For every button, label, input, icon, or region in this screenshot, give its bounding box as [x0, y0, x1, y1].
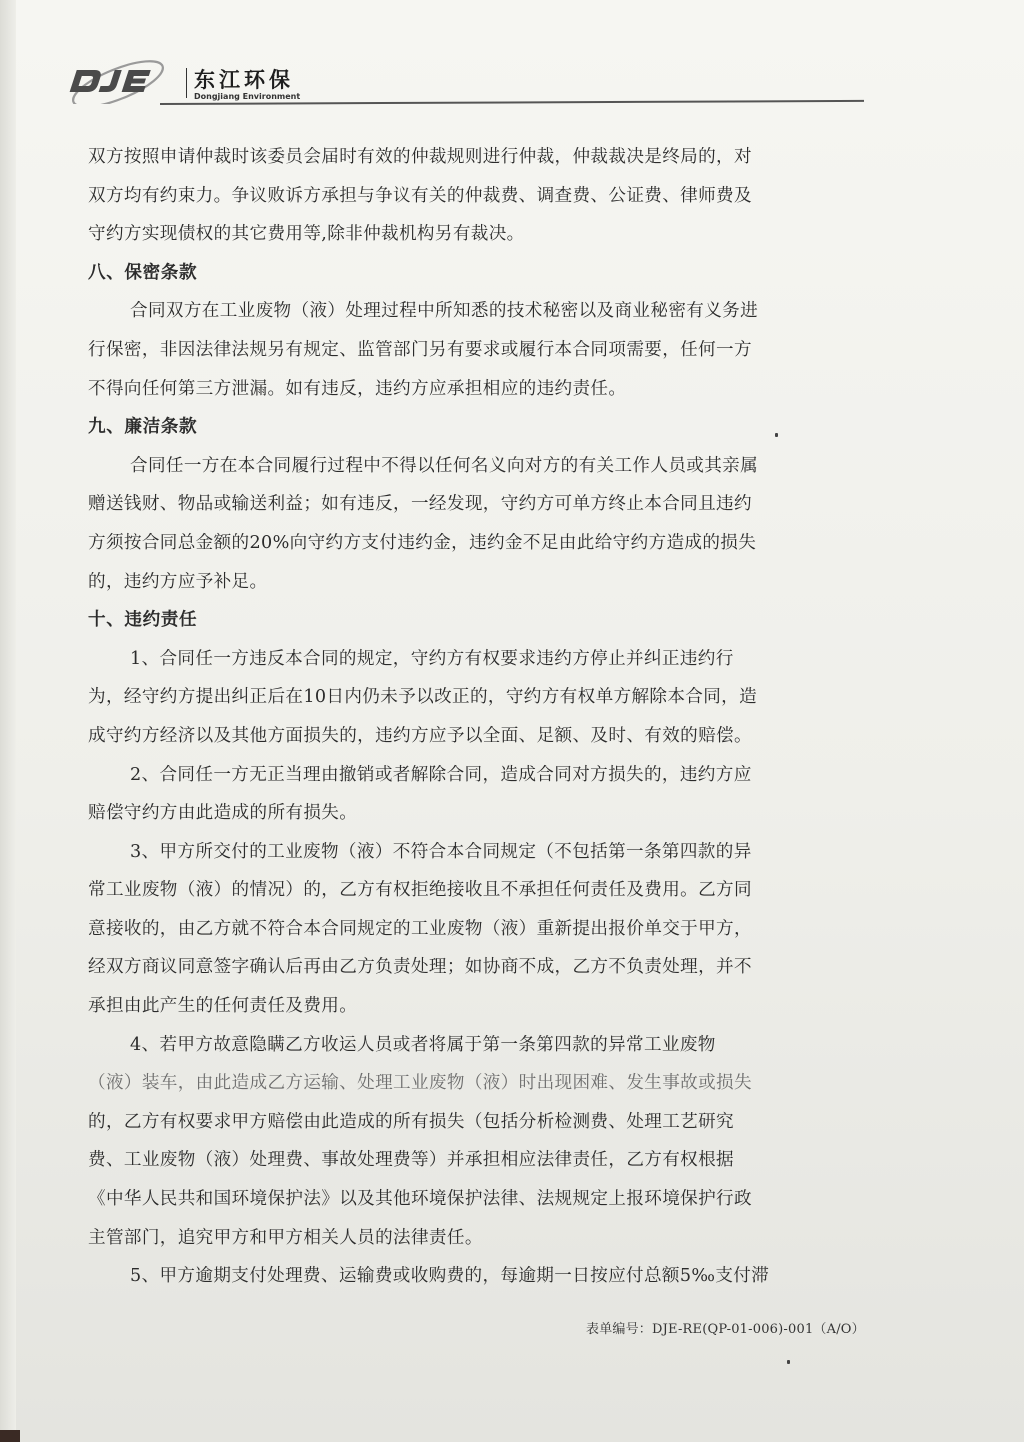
body-line: 双方均有约束力。争议败诉方承担与争议有关的仲裁费、调查费、公证费、律师费及 — [88, 177, 848, 216]
body-line: 意接收的，由乙方就不符合本合同规定的工业废物（液）重新提出报价单交于甲方， — [88, 910, 848, 949]
logo-divider — [186, 68, 187, 98]
body-line: 1、合同任一方违反本合同的规定，守约方有权要求违约方停止并纠正违约行 — [88, 640, 848, 679]
body-line: 赔偿守约方由此造成的所有损失。 — [88, 794, 848, 833]
body-line: 常工业废物（液）的情况）的，乙方有权拒绝接收且不承担任何责任及费用。乙方同 — [88, 871, 848, 910]
company-name-cn: 东江环保 — [194, 64, 294, 94]
body-line: 3、甲方所交付的工业废物（液）不符合本合同规定（不包括第一条第四款的异 — [88, 833, 848, 872]
body-line: 经双方商议同意签字确认后再由乙方负责处理；如协商不成，乙方不负责处理，并不 — [88, 948, 848, 987]
body-line: 方须按合同总金额的20%向守约方支付违约金，违约金不足由此给守约方造成的损失 — [88, 524, 848, 563]
body-line: 《中华人民共和国环境保护法》以及其他环境保护法律、法规规定上报环境保护行政 — [88, 1180, 848, 1219]
form-number: 表单编号：DJE-RE(QP-01-006)-001（A/O） — [586, 1318, 865, 1337]
body-line: （液）装车，由此造成乙方运输、处理工业废物（液）时出现困难、发生事故或损失 — [88, 1064, 848, 1103]
contract-body: 双方按照申请仲裁时该委员会届时有效的仲裁规则进行仲裁，仲裁裁决是终局的，对 双方… — [88, 138, 848, 1296]
body-line: 守约方实现债权的其它费用等,除非仲裁机构另有裁决。 — [88, 215, 848, 254]
dje-logo-icon — [66, 60, 178, 104]
body-line: 赠送钱财、物品或输送利益；如有违反，一经发现，守约方可单方终止本合同且违约 — [88, 485, 848, 524]
body-line: 双方按照申请仲裁时该委员会届时有效的仲裁规则进行仲裁，仲裁裁决是终局的，对 — [88, 138, 848, 177]
body-line: 4、若甲方故意隐瞒乙方收运人员或者将属于第一条第四款的异常工业废物 — [88, 1026, 848, 1065]
page-edge-shadow — [0, 0, 16, 1442]
body-line: 行保密，非因法律法规另有规定、监管部门另有要求或履行本合同项需要，任何一方 — [88, 331, 848, 370]
section-heading-liability: 十、违约责任 — [88, 601, 848, 640]
body-line: 成守约方经济以及其他方面损失的，违约方应予以全面、足额、及时、有效的赔偿。 — [88, 717, 848, 756]
body-line: 为，经守约方提出纠正后在10日内仍未予以改正的，守约方有权单方解除本合同，造 — [88, 678, 848, 717]
body-line: 合同任一方在本合同履行过程中不得以任何名义向对方的有关工作人员或其亲属 — [88, 447, 848, 486]
body-line: 承担由此产生的任何责任及费用。 — [88, 987, 848, 1026]
scan-corner-shadow — [0, 1430, 20, 1442]
body-line: 的，违约方应予补足。 — [88, 563, 848, 602]
section-heading-confidentiality: 八、保密条款 — [88, 254, 848, 293]
company-name-en: Dongjiang Environment — [194, 92, 300, 101]
body-line: 合同双方在工业废物（液）处理过程中所知悉的技术秘密以及商业秘密有义务进 — [88, 292, 848, 331]
body-line: 5、甲方逾期支付处理费、运输费或收购费的，每逾期一日按应付总额5‰支付滞 — [88, 1257, 848, 1296]
section-heading-integrity: 九、廉洁条款 — [88, 408, 848, 447]
body-line: 2、合同任一方无正当理由撤销或者解除合同，造成合同对方损失的，违约方应 — [88, 756, 848, 795]
body-line: 不得向任何第三方泄漏。如有违反，违约方应承担相应的违约责任。 — [88, 370, 848, 409]
scan-speck — [787, 1360, 790, 1364]
body-line: 主管部门，追究甲方和甲方相关人员的法律责任。 — [88, 1219, 848, 1258]
body-line: 的，乙方有权要求甲方赔偿由此造成的所有损失（包括分析检测费、处理工艺研究 — [88, 1103, 848, 1142]
body-line: 费、工业废物（液）处理费、事故处理费等）并承担相应法律责任，乙方有权根据 — [88, 1141, 848, 1180]
scan-speck — [775, 433, 778, 437]
